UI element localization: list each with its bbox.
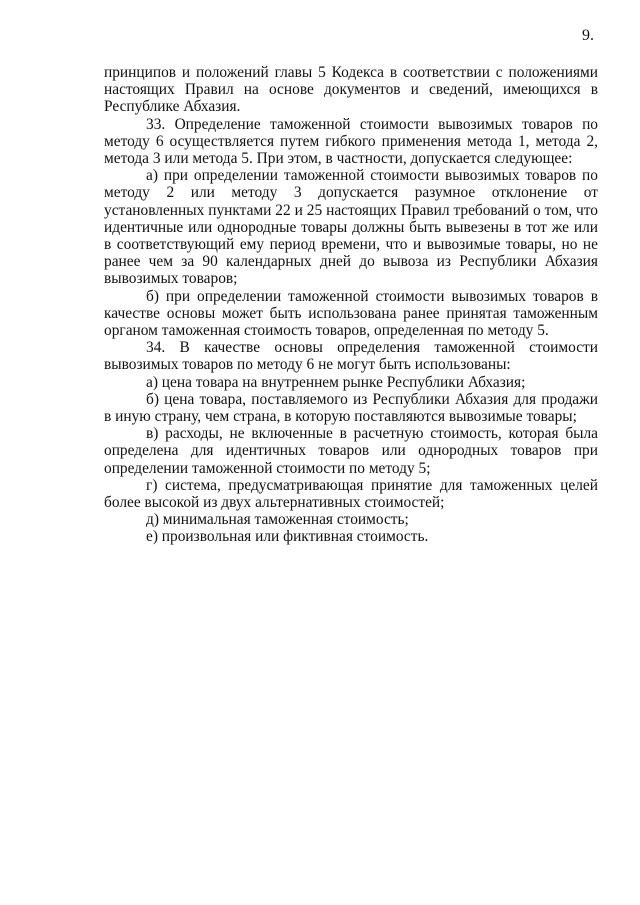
paragraph-item-34: 34. В качестве основы определения таможе… [104,339,598,373]
paragraph-33-a: а) при определении таможенной стоимости … [104,167,598,287]
paragraph-34-v: в) расходы, не включенные в расчетную ст… [104,425,598,477]
paragraph-34-a: а) цена товара на внутреннем рынке Респу… [104,374,598,391]
paragraph-34-e: е) произвольная или фиктивная стоимость. [104,528,598,545]
paragraph-continuation: принципов и положений главы 5 Кодекса в … [104,64,598,116]
document-body: принципов и положений главы 5 Кодекса в … [104,64,598,546]
paragraph-item-33: 33. Определение таможенной стоимости выв… [104,116,598,168]
paragraph-33-b: б) при определении таможенной стоимости … [104,288,598,340]
paragraph-34-d: д) минимальная таможенная стоимость; [104,511,598,528]
page-number: 9. [582,27,594,45]
paragraph-34-b: б) цена товара, поставляемого из Республ… [104,391,598,425]
paragraph-34-g: г) система, предусматривающая принятие д… [104,477,598,511]
